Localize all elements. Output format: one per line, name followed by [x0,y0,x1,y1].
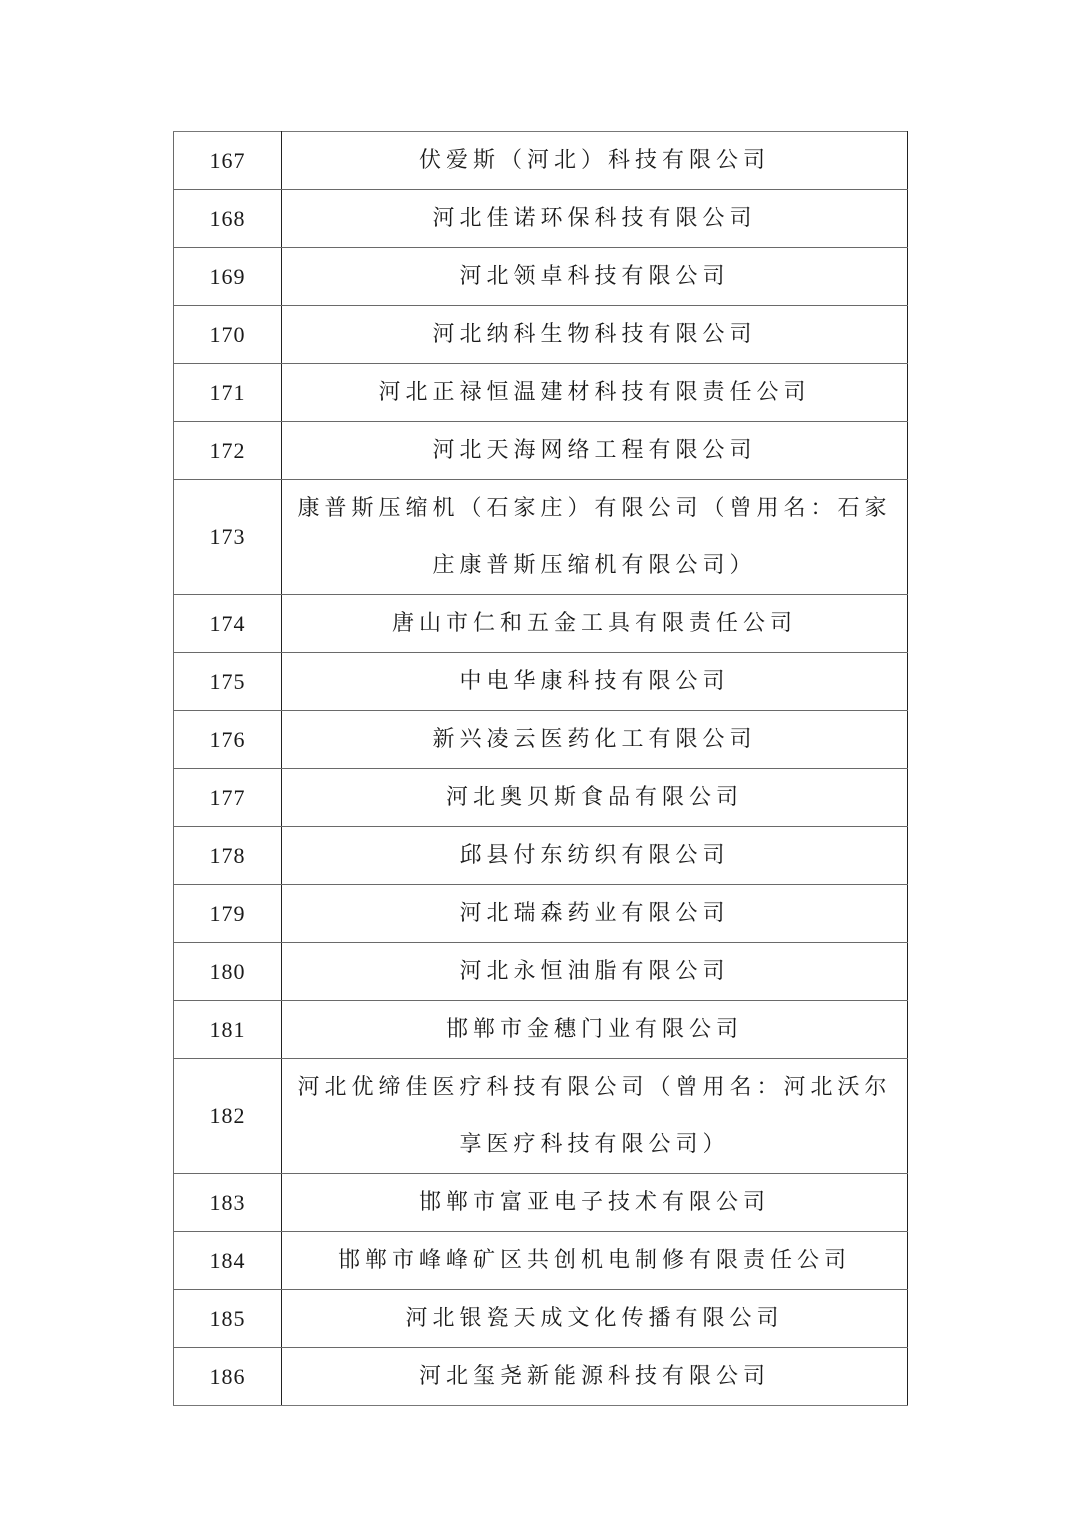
row-number: 170 [174,306,282,364]
company-name: 新兴凌云医药化工有限公司 [282,711,908,769]
table-row: 184 邯郸市峰峰矿区共创机电制修有限责任公司 [174,1232,908,1290]
row-number: 186 [174,1348,282,1406]
company-name: 河北玺尧新能源科技有限公司 [282,1348,908,1406]
row-number: 169 [174,248,282,306]
row-number: 168 [174,190,282,248]
row-number: 174 [174,595,282,653]
table-row: 185 河北银瓷天成文化传播有限公司 [174,1290,908,1348]
company-name: 河北银瓷天成文化传播有限公司 [282,1290,908,1348]
company-name: 伏爱斯（河北）科技有限公司 [282,132,908,190]
table-row: 171 河北正禄恒温建材科技有限责任公司 [174,364,908,422]
company-name: 河北纳科生物科技有限公司 [282,306,908,364]
row-number: 176 [174,711,282,769]
row-number: 171 [174,364,282,422]
company-name: 邯郸市金穗门业有限公司 [282,1001,908,1059]
row-number: 175 [174,653,282,711]
table-row: 183 邯郸市富亚电子技术有限公司 [174,1174,908,1232]
table-row: 186 河北玺尧新能源科技有限公司 [174,1348,908,1406]
company-name: 河北佳诺环保科技有限公司 [282,190,908,248]
company-name: 河北永恒油脂有限公司 [282,943,908,1001]
row-number: 185 [174,1290,282,1348]
table-row: 181 邯郸市金穗门业有限公司 [174,1001,908,1059]
row-number: 167 [174,132,282,190]
row-number: 179 [174,885,282,943]
company-name: 河北奥贝斯食品有限公司 [282,769,908,827]
row-number: 184 [174,1232,282,1290]
company-name: 邯郸市峰峰矿区共创机电制修有限责任公司 [282,1232,908,1290]
company-name: 河北瑞森药业有限公司 [282,885,908,943]
table-row: 172 河北天海网络工程有限公司 [174,422,908,480]
company-name: 唐山市仁和五金工具有限责任公司 [282,595,908,653]
table-body: 167 伏爱斯（河北）科技有限公司 168 河北佳诺环保科技有限公司 169 河… [174,132,908,1406]
company-name: 河北领卓科技有限公司 [282,248,908,306]
company-name: 河北正禄恒温建材科技有限责任公司 [282,364,908,422]
table-row: 177 河北奥贝斯食品有限公司 [174,769,908,827]
table-row: 176 新兴凌云医药化工有限公司 [174,711,908,769]
company-name: 康普斯压缩机（石家庄）有限公司（曾用名：石家庄康普斯压缩机有限公司） [282,480,908,595]
company-name: 邯郸市富亚电子技术有限公司 [282,1174,908,1232]
row-number: 182 [174,1059,282,1174]
table-row: 180 河北永恒油脂有限公司 [174,943,908,1001]
company-name: 中电华康科技有限公司 [282,653,908,711]
company-name: 河北天海网络工程有限公司 [282,422,908,480]
table-row: 182 河北优缔佳医疗科技有限公司（曾用名：河北沃尔享医疗科技有限公司） [174,1059,908,1174]
row-number: 180 [174,943,282,1001]
table-row: 178 邱县付东纺织有限公司 [174,827,908,885]
company-list-table: 167 伏爱斯（河北）科技有限公司 168 河北佳诺环保科技有限公司 169 河… [173,131,908,1406]
table-row: 173 康普斯压缩机（石家庄）有限公司（曾用名：石家庄康普斯压缩机有限公司） [174,480,908,595]
table-row: 169 河北领卓科技有限公司 [174,248,908,306]
table-row: 170 河北纳科生物科技有限公司 [174,306,908,364]
company-name: 河北优缔佳医疗科技有限公司（曾用名：河北沃尔享医疗科技有限公司） [282,1059,908,1174]
row-number: 183 [174,1174,282,1232]
row-number: 172 [174,422,282,480]
company-name: 邱县付东纺织有限公司 [282,827,908,885]
table-row: 179 河北瑞森药业有限公司 [174,885,908,943]
table-row: 168 河北佳诺环保科技有限公司 [174,190,908,248]
row-number: 181 [174,1001,282,1059]
row-number: 177 [174,769,282,827]
table-row: 175 中电华康科技有限公司 [174,653,908,711]
table-row: 167 伏爱斯（河北）科技有限公司 [174,132,908,190]
row-number: 178 [174,827,282,885]
table-row: 174 唐山市仁和五金工具有限责任公司 [174,595,908,653]
row-number: 173 [174,480,282,595]
